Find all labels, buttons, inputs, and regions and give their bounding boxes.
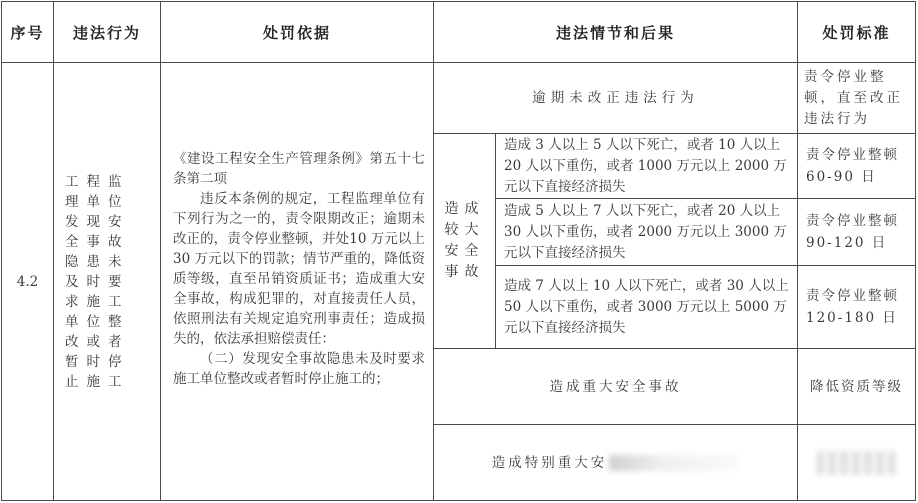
group-label-major-accident: 造成较大安全事故: [445, 199, 485, 283]
circumstance-major-1: 造成 3 人以上 5 人以下死亡，或者 10 人以上 20 人以下重伤，或者 1…: [495, 133, 798, 199]
group-label-cell: 造成较大安全事故: [433, 133, 496, 349]
standard-major-2: 责令停业整顿 90-120 日: [797, 198, 916, 266]
header-behavior: 违法行为: [53, 1, 161, 63]
header-circumstances: 违法情节和后果: [433, 1, 798, 63]
row-seq: 4.2: [1, 62, 54, 501]
row-behavior: 工程监理单位发现安全事故隐患未及时要求施工单位整改或者暂时停止施工: [65, 172, 149, 392]
basis-paragraph-2: （二）发现安全事故隐患未及时要求施工单位整改或者暂时停止施工的；: [173, 349, 425, 389]
standard-overdue: 责令停业整顿，直至改正违法行为: [797, 62, 916, 134]
circumstance-major-3: 造成 7 人以上 10 人以下死亡，或者 30 人以上 50 人以下重伤，或者 …: [495, 265, 798, 349]
standard-serious: 降低资质等级: [797, 348, 916, 425]
circumstance-especially-serious-cell: 造成特别重大安: [433, 424, 798, 501]
obscured-text: [609, 455, 739, 471]
header-seq: 序号: [1, 1, 54, 63]
basis-title: 《建设工程安全生产管理条例》第五十七条第二项: [173, 149, 425, 189]
row-basis-cell: 《建设工程安全生产管理条例》第五十七条第二项 违反本条例的规定，工程监理单位有下…: [160, 62, 434, 501]
basis-paragraph-1: 违反本条例的规定，工程监理单位有下列行为之一的，责令限期改正；逾期未改正的，责令…: [173, 189, 425, 349]
circumstance-major-2: 造成 5 人以上 7 人以下死亡，或者 20 人以上 30 人以下重伤，或者 2…: [495, 198, 798, 266]
standard-major-1: 责令停业整顿 60-90 日: [797, 133, 916, 199]
row-behavior-cell: 工程监理单位发现安全事故隐患未及时要求施工单位整改或者暂时停止施工: [53, 62, 161, 501]
standard-major-3: 责令停业整顿 120-180 日: [797, 265, 916, 349]
penalty-table: 序号 违法行为 处罚依据 违法情节和后果 处罚标准 4.2 工程监理单位发现安全…: [0, 0, 918, 503]
header-basis: 处罚依据: [160, 1, 434, 63]
circumstance-especially-serious: 造成特别重大安: [492, 452, 608, 474]
standard-especially-serious-cell: [797, 424, 916, 501]
circumstance-serious: 造成重大安全事故: [433, 348, 798, 425]
header-standard: 处罚标准: [797, 1, 916, 63]
circumstance-overdue: 逾期未改正违法行为: [433, 62, 798, 134]
obscured-text: [817, 451, 897, 475]
